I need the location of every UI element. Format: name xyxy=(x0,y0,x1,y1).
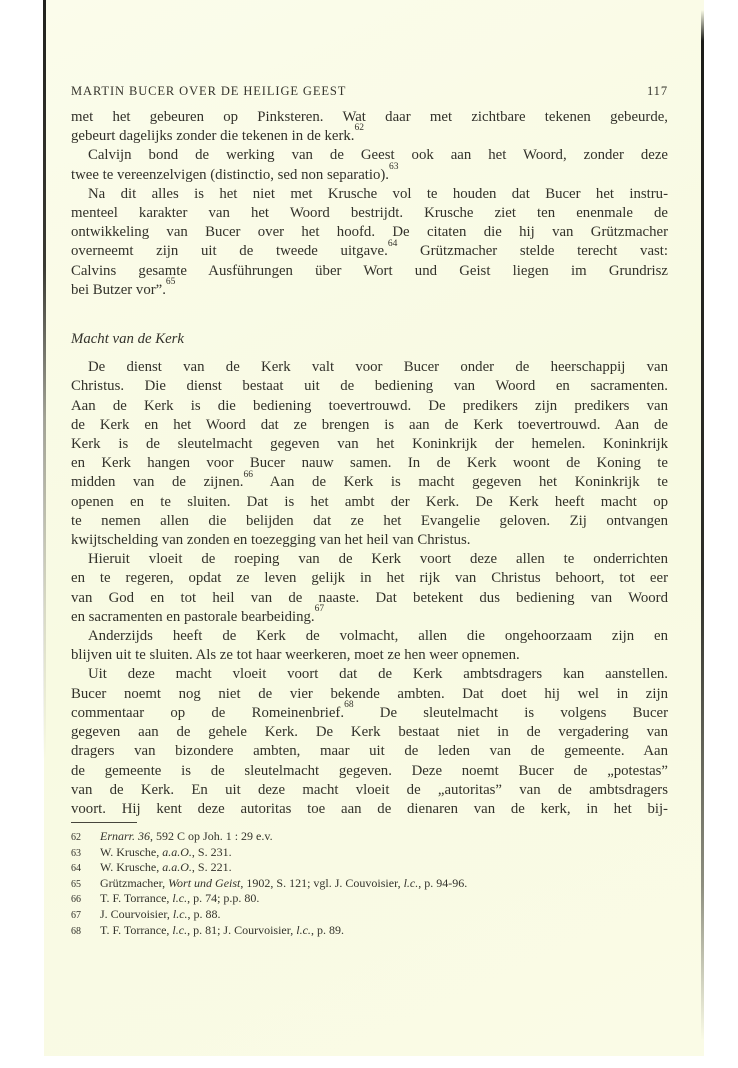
text-segment: openen en te sluiten. Dat is het ambt de… xyxy=(71,494,668,510)
footnote-text: J. Courvoisier, l.c., p. 88. xyxy=(100,907,668,923)
footnote: 65Grützmacher, Wort und Geist, 1902, S. … xyxy=(71,876,668,892)
text-segment: , p. 94-96. xyxy=(418,876,467,890)
text-segment: W. Krusche, xyxy=(100,860,162,874)
italic-text: l.c. xyxy=(172,923,187,937)
footnote-number: 67 xyxy=(71,908,100,924)
text-segment: ontwikkeling van Bucer over het hoofd. D… xyxy=(71,224,668,240)
text-line: van God en tot heil van de naaste. Dat b… xyxy=(71,589,668,608)
scan-background: MARTIN BUCER OVER DE HEILIGE GEEST 117 m… xyxy=(0,0,738,1068)
paragraph: Uit deze macht vloeit voort dat de Kerk … xyxy=(71,665,668,819)
text-segment: De sleutelmacht is volgens Bucer xyxy=(354,705,668,721)
italic-text: l.c. xyxy=(172,891,187,905)
text-line: ontwikkeling van Bucer over het hoofd. D… xyxy=(71,223,668,242)
text-line: Na dit alles is het niet met Krusche vol… xyxy=(71,185,668,204)
footnote-rule xyxy=(71,822,137,823)
text-segment: T. F. Torrance, xyxy=(100,891,172,905)
text-line: gegeven aan de gehele Kerk. De Kerk best… xyxy=(71,723,668,742)
text-line: bei Butzer vor”.65 xyxy=(71,281,668,300)
footnotes: 62Ernarr. 36, 592 C op Joh. 1 : 29 e.v.6… xyxy=(71,829,668,938)
text-segment: gegeven aan de gehele Kerk. De Kerk best… xyxy=(71,724,668,740)
text-line: de Kerk en het Woord dat ze brengen is a… xyxy=(71,416,668,435)
italic-text: Wort und Geist xyxy=(168,876,240,890)
paragraph: Hieruit vloeit de roeping van de Kerk vo… xyxy=(71,550,668,627)
text-segment: van de Kerk. En uit deze macht vloeit de… xyxy=(71,782,668,798)
text-line: Calvins gesamte Ausführungen über Wort u… xyxy=(71,262,668,281)
text-line: en Kerk hangen voor Bucer nauw samen. In… xyxy=(71,454,668,473)
text-segment: met het gebeuren op Pinksteren. Wat daar… xyxy=(71,109,668,125)
footnote-ref: 67 xyxy=(315,604,325,614)
text-segment: Bucer noemt nog niet de vier bekende amb… xyxy=(71,686,668,702)
text-line: overneemt zijn uit de tweede uitgave.64 … xyxy=(71,242,668,261)
text-segment: , S. 231. xyxy=(192,845,232,859)
footnote: 64W. Krusche, a.a.O., S. 221. xyxy=(71,860,668,876)
footnote-text: Grützmacher, Wort und Geist, 1902, S. 12… xyxy=(100,876,668,892)
text-line: kwijtschelding van zonden en toezegging … xyxy=(71,531,668,550)
text-line: blijven uit te sluiten. Als ze tot haar … xyxy=(71,646,668,665)
text-segment: de gemeente is de sleutelmacht gegeven. … xyxy=(71,763,668,779)
text-segment: Hieruit vloeit de roeping van de Kerk vo… xyxy=(88,551,668,567)
footnote-number: 64 xyxy=(71,861,100,877)
text-segment: kwijtschelding van zonden en toezegging … xyxy=(71,532,470,548)
running-head: MARTIN BUCER OVER DE HEILIGE GEEST 117 xyxy=(71,84,668,99)
text-segment: , p. 88. xyxy=(188,907,221,921)
footnote-text: T. F. Torrance, l.c., p. 81; J. Courvois… xyxy=(100,923,668,939)
paragraph: De dienst van de Kerk valt voor Bucer on… xyxy=(71,358,668,550)
text-segment: J. Courvoisier, xyxy=(100,907,173,921)
text-line: Anderzijds heeft de Kerk de volmacht, al… xyxy=(71,627,668,646)
footnote-ref: 62 xyxy=(355,123,365,133)
text-segment: bei Butzer vor”. xyxy=(71,282,166,298)
italic-text: l.c. xyxy=(296,923,311,937)
text-segment: Christus. Die dienst bestaat uit de bedi… xyxy=(71,378,668,394)
text-segment: De dienst van de Kerk valt voor Bucer on… xyxy=(88,359,668,375)
text-segment: , p. 89. xyxy=(311,923,344,937)
footnote-number: 63 xyxy=(71,846,100,862)
text-segment: Calvijn bond de werking van de Geest ook… xyxy=(88,147,668,163)
text-line: voort. Hij kent deze autoritas toe aan d… xyxy=(71,800,668,819)
text-segment: Calvins gesamte Ausführungen über Wort u… xyxy=(71,263,668,279)
footnote: 67J. Courvoisier, l.c., p. 88. xyxy=(71,907,668,923)
footnote: 63W. Krusche, a.a.O., S. 231. xyxy=(71,845,668,861)
text-segment: te nemen allen die belijden dat ze het E… xyxy=(71,513,668,529)
footnote-ref: 64 xyxy=(388,239,398,249)
text-segment: Aan de Kerk is die bediening toevertrouw… xyxy=(71,398,668,414)
paragraph: Calvijn bond de werking van de Geest ook… xyxy=(71,146,668,184)
text-segment: , p. 74; p.p. 80. xyxy=(187,891,259,905)
text-line: Kerk is de sleutelmacht gegeven van het … xyxy=(71,435,668,454)
text-segment: en sacramenten en pastorale bearbeiding. xyxy=(71,609,315,625)
text-line: twee te vereenzelvigen (distinctio, sed … xyxy=(71,166,668,185)
footnote-ref: 68 xyxy=(344,700,354,710)
page-number: 117 xyxy=(647,84,668,99)
text-segment: gebeurt dagelijks zonder die tekenen in … xyxy=(71,128,355,144)
text-segment: , p. 81; J. Courvoisier, xyxy=(187,923,296,937)
scan-edge-right xyxy=(701,10,704,1040)
footnote-ref: 66 xyxy=(243,470,253,480)
text-segment: en te regeren, opdat ze leven gelijk in … xyxy=(71,570,668,586)
text-line: openen en te sluiten. Dat is het ambt de… xyxy=(71,493,668,512)
italic-text: Ernarr. 36 xyxy=(100,829,150,843)
text-line: Hieruit vloeit de roeping van de Kerk vo… xyxy=(71,550,668,569)
footnote-number: 62 xyxy=(71,830,100,846)
italic-text: a.a.O. xyxy=(162,845,192,859)
footnote-number: 65 xyxy=(71,877,100,893)
text-segment: Grützmacher stelde terecht vast: xyxy=(397,243,668,259)
text-segment: overneemt zijn uit de tweede uitgave. xyxy=(71,243,388,259)
text-line: De dienst van de Kerk valt voor Bucer on… xyxy=(71,358,668,377)
footnote-number: 68 xyxy=(71,924,100,940)
text-line: van de Kerk. En uit deze macht vloeit de… xyxy=(71,781,668,800)
text-segment: W. Krusche, xyxy=(100,845,162,859)
text-line: en te regeren, opdat ze leven gelijk in … xyxy=(71,569,668,588)
italic-text: l.c. xyxy=(404,876,419,890)
text-segment: Uit deze macht vloeit voort dat de Kerk … xyxy=(88,666,668,682)
text-line: en sacramenten en pastorale bearbeiding.… xyxy=(71,608,668,627)
body-blocks: met het gebeuren op Pinksteren. Wat daar… xyxy=(71,108,668,819)
text-segment: , 592 C op Joh. 1 : 29 e.v. xyxy=(150,829,273,843)
footnote-text: W. Krusche, a.a.O., S. 231. xyxy=(100,845,668,861)
text-segment: Grützmacher, xyxy=(100,876,168,890)
text-line: Uit deze macht vloeit voort dat de Kerk … xyxy=(71,665,668,684)
footnote-ref: 63 xyxy=(389,162,399,172)
footnote-ref: 65 xyxy=(166,277,176,287)
paragraph: Na dit alles is het niet met Krusche vol… xyxy=(71,185,668,300)
paragraph: Anderzijds heeft de Kerk de volmacht, al… xyxy=(71,627,668,665)
text-line: de gemeente is de sleutelmacht gegeven. … xyxy=(71,762,668,781)
text-segment: de Kerk en het Woord dat ze brengen is a… xyxy=(71,417,668,433)
book-page: MARTIN BUCER OVER DE HEILIGE GEEST 117 m… xyxy=(44,0,704,1056)
footnote-number: 66 xyxy=(71,892,100,908)
footnote-text: Ernarr. 36, 592 C op Joh. 1 : 29 e.v. xyxy=(100,829,668,845)
text-line: gebeurt dagelijks zonder die tekenen in … xyxy=(71,127,668,146)
footnote: 62Ernarr. 36, 592 C op Joh. 1 : 29 e.v. xyxy=(71,829,668,845)
body-text: met het gebeuren op Pinksteren. Wat daar… xyxy=(71,108,668,938)
text-segment: Aan de Kerk is macht gegeven het Koninkr… xyxy=(253,474,668,490)
text-segment: van God en tot heil van de naaste. Dat b… xyxy=(71,590,668,606)
text-segment: midden van de zijnen. xyxy=(71,474,243,490)
text-line: menteel karakter van het Woord bestrijdt… xyxy=(71,204,668,223)
italic-text: l.c. xyxy=(173,907,188,921)
text-segment: Na dit alles is het niet met Krusche vol… xyxy=(88,186,668,202)
text-line: Aan de Kerk is die bediening toevertrouw… xyxy=(71,397,668,416)
section-heading: Macht van de Kerk xyxy=(71,330,668,349)
scan-edge-left xyxy=(43,0,46,760)
text-segment: blijven uit te sluiten. Als ze tot haar … xyxy=(71,647,520,663)
text-segment: en Kerk hangen voor Bucer nauw samen. In… xyxy=(71,455,668,471)
text-segment: Anderzijds heeft de Kerk de volmacht, al… xyxy=(88,628,668,644)
text-line: Bucer noemt nog niet de vier bekende amb… xyxy=(71,685,668,704)
text-segment: , 1902, S. 121; vgl. J. Couvoisier, xyxy=(240,876,403,890)
text-line: met het gebeuren op Pinksteren. Wat daar… xyxy=(71,108,668,127)
paragraph: met het gebeuren op Pinksteren. Wat daar… xyxy=(71,108,668,146)
text-line: te nemen allen die belijden dat ze het E… xyxy=(71,512,668,531)
text-segment: T. F. Torrance, xyxy=(100,923,172,937)
footnote-text: T. F. Torrance, l.c., p. 74; p.p. 80. xyxy=(100,891,668,907)
text-line: Christus. Die dienst bestaat uit de bedi… xyxy=(71,377,668,396)
text-line: Calvijn bond de werking van de Geest ook… xyxy=(71,146,668,165)
text-line: midden van de zijnen.66 Aan de Kerk is m… xyxy=(71,473,668,492)
text-segment: twee te vereenzelvigen (distinctio, sed … xyxy=(71,167,389,183)
text-segment: Kerk is de sleutelmacht gegeven van het … xyxy=(71,436,668,452)
text-segment: , S. 221. xyxy=(192,860,232,874)
text-segment: voort. Hij kent deze autoritas toe aan d… xyxy=(71,801,668,817)
text-segment: menteel karakter van het Woord bestrijdt… xyxy=(71,205,668,221)
footnote-text: W. Krusche, a.a.O., S. 221. xyxy=(100,860,668,876)
footnote: 66T. F. Torrance, l.c., p. 74; p.p. 80. xyxy=(71,891,668,907)
footnote: 68T. F. Torrance, l.c., p. 81; J. Courvo… xyxy=(71,923,668,939)
italic-text: a.a.O. xyxy=(162,860,192,874)
text-segment: dragers van bizondere ambten, maar uit d… xyxy=(71,743,668,759)
text-line: commentaar op de Romeinenbrief.68 De sle… xyxy=(71,704,668,723)
text-segment: commentaar op de Romeinenbrief. xyxy=(71,705,344,721)
text-line: dragers van bizondere ambten, maar uit d… xyxy=(71,742,668,761)
running-head-title: MARTIN BUCER OVER DE HEILIGE GEEST xyxy=(71,84,346,99)
